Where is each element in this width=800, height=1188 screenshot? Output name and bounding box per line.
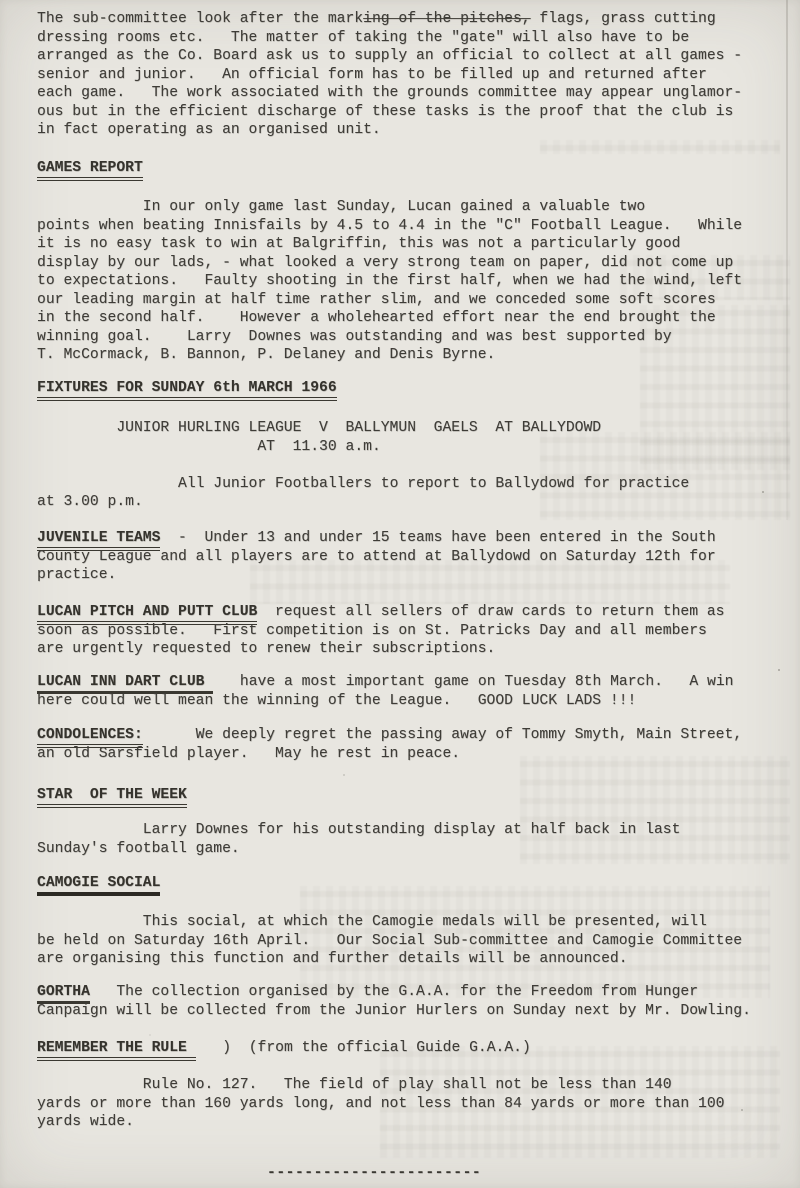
pitch-and-putt-paragraph: LUCAN PITCH AND PUTT CLUB request all se… <box>37 603 780 659</box>
page-crease <box>786 0 788 520</box>
showthrough-smudge <box>540 140 780 154</box>
star-of-week-paragraph: Larry Downes for his outstanding display… <box>37 821 780 858</box>
fixtures-paragraph: JUNIOR HURLING LEAGUE V BALLYMUN GAELS A… <box>37 419 780 512</box>
star-of-week-section-heading: STAR OF THE WEEK <box>37 786 780 805</box>
camogie-social-heading-text: CAMOGIE SOCIAL <box>37 875 160 896</box>
rule-127-paragraph: Rule No. 127. The field of play shall no… <box>37 1076 780 1132</box>
intro-text-post: flags, grass cutting dressing rooms etc.… <box>37 11 742 138</box>
intro-text-pre: The sub-committee look after the mark <box>37 11 363 27</box>
remember-rule-line: REMEMBER THE RULE ) (from the official G… <box>37 1039 780 1058</box>
gortha-heading-text: GORTHA <box>37 984 90 1004</box>
intro-text-struck: ing of the pitches, <box>363 11 530 27</box>
footer-dashed-line: ----------------------- <box>267 1164 481 1183</box>
gortha-body-text: The collection organised by the G.A.A. f… <box>37 984 751 1019</box>
remember-rule-heading-text: REMEMBER THE RULE <box>37 1040 196 1061</box>
fixtures-heading-text: FIXTURES FOR SUNDAY 6th MARCH 1966 <box>37 380 337 401</box>
star-of-week-heading-text: STAR OF THE WEEK <box>37 787 187 808</box>
scanned-newsletter-page: { "doc": { "intro": { "pre": "The sub-co… <box>0 0 800 1188</box>
dart-club-paragraph: LUCAN INN DART CLUB have a most importan… <box>37 673 780 710</box>
games-report-paragraph: In our only game last Sunday, Lucan gain… <box>37 198 780 365</box>
games-report-heading-text: GAMES REPORT <box>37 160 143 181</box>
juvenile-teams-paragraph: JUVENILE TEAMS - Under 13 and under 15 t… <box>37 529 780 585</box>
condolences-paragraph: CONDOLENCES: We deeply regret the passin… <box>37 726 780 763</box>
camogie-social-section-heading: CAMOGIE SOCIAL <box>37 874 780 893</box>
dart-club-heading-text: LUCAN INN DART CLUB <box>37 674 213 694</box>
intro-paragraph: The sub-committee look after the marking… <box>37 10 780 140</box>
camogie-social-paragraph: This social, at which the Camogie medals… <box>37 913 780 969</box>
fixtures-section-heading: FIXTURES FOR SUNDAY 6th MARCH 1966 <box>37 379 780 398</box>
gortha-paragraph: GORTHA The collection organised by the G… <box>37 983 780 1020</box>
games-report-section-heading: GAMES REPORT <box>37 159 780 178</box>
condolences-body-text: We deeply regret the passing away of Tom… <box>37 727 742 762</box>
remember-rule-after-text: ) (from the official Guide G.A.A.) <box>196 1040 531 1056</box>
